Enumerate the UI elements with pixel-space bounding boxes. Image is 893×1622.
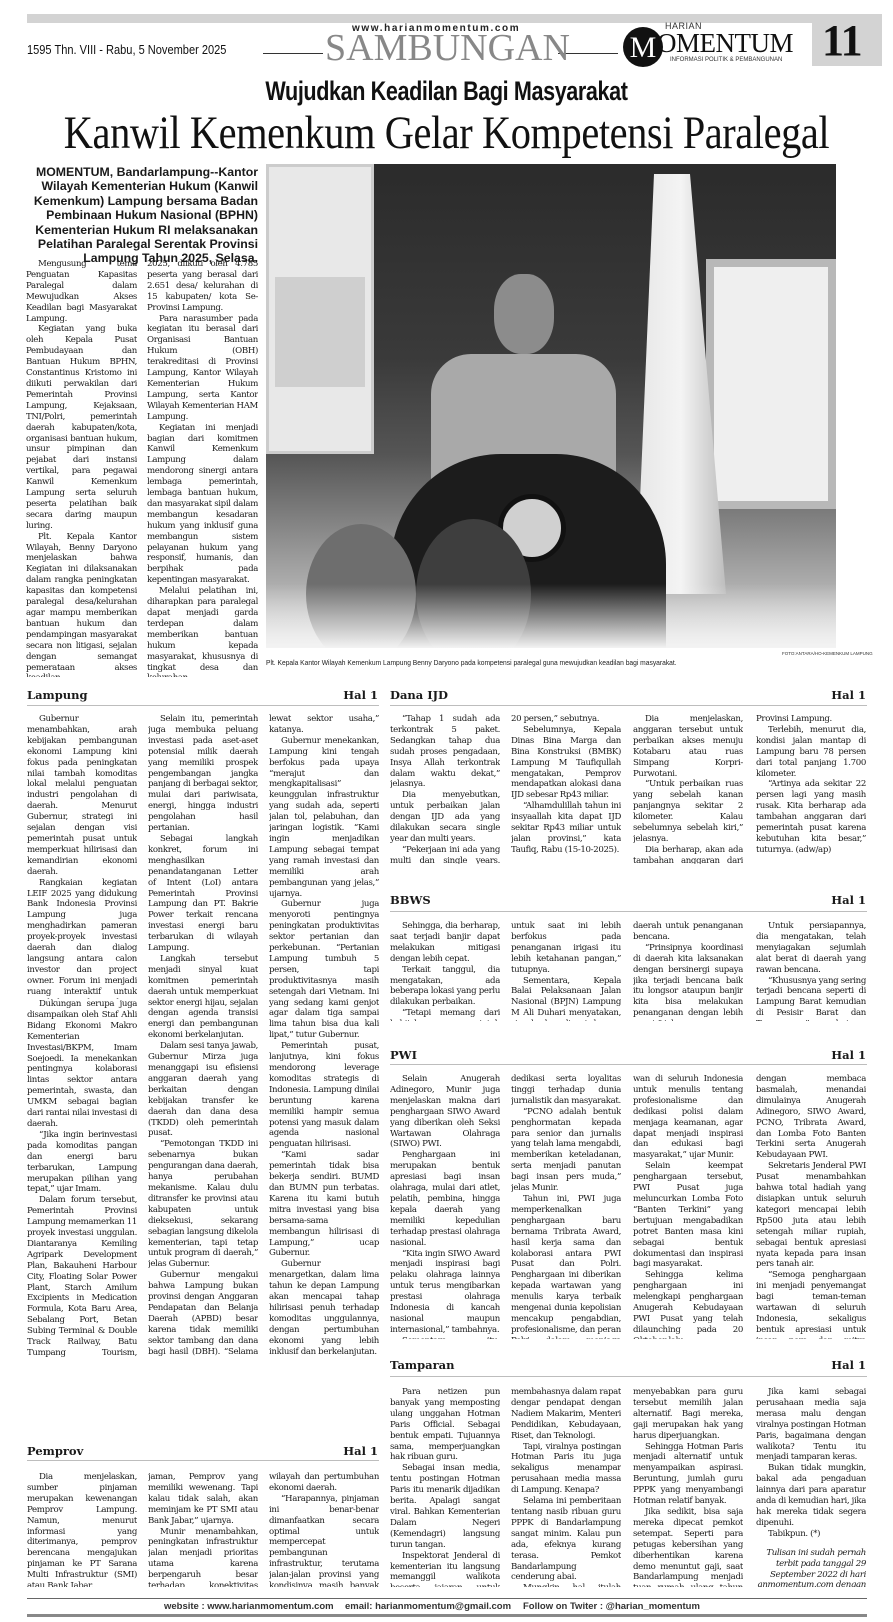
tamparan-column-4: Jika kami sebagai perusahaan media saja … <box>756 1387 866 1587</box>
page-ref: Hal 1 <box>320 1444 378 1458</box>
portrait-frame <box>706 259 836 509</box>
dana-ijd-column-1: “Tahap 1 sudah ada terkontrak 5 paket. S… <box>390 714 500 864</box>
bbws-column-1: Sehingga, dia berharap, saat terjadi ban… <box>390 921 500 1021</box>
pemprov-column-1: Dia menjelaskan, sumber pinjaman merupak… <box>27 1472 137 1587</box>
footer-rule <box>27 1614 867 1617</box>
lampung-column-3: lewat sektor usaha,” katanya. Gubernur m… <box>269 714 379 1357</box>
section-heading-tamparan: Tamparan <box>390 1358 454 1372</box>
section-heading-pemprov: Pemprov <box>27 1444 83 1458</box>
lampung-column-1b: Dukungan serupa juga disampaikan oleh St… <box>27 999 137 1357</box>
projection-screen <box>266 164 374 454</box>
article-kicker: Wujudkan Keadilan Bagi Masyarakat <box>89 76 803 107</box>
dana-ijd-column-2: 20 persen,” sebutnya. Sebelumnya, Kepala… <box>511 714 621 864</box>
page-ref: Hal 1 <box>808 1048 866 1062</box>
article-column-2: 2025, diikuti oleh 4.785 peserta yang be… <box>147 259 258 677</box>
tamparan-column-2: membahasnya dalam rapat dengar pendapat … <box>511 1387 621 1587</box>
bbws-column-3: daerah untuk penanganan bencana. “Prinsi… <box>633 921 743 1021</box>
pwi-column-1: Selain Anugerah Adinegoro, Munir juga me… <box>390 1074 500 1339</box>
page-ref: Hal 1 <box>320 688 378 702</box>
tamparan-column-3: menyebabkan para guru tersebut memilih j… <box>633 1387 743 1587</box>
pwi-column-2: dedikasi serta loyalitas tinggi terhadap… <box>511 1074 621 1339</box>
section-title: SAMBUNGAN <box>325 26 570 70</box>
tamparan-column-1: Para netizen pun banyak yang memposting … <box>390 1387 500 1587</box>
divider <box>263 53 323 54</box>
footer-email[interactable]: email: harianmomentum@gmail.com <box>345 1601 511 1612</box>
logo-tagline: INFORMASI POLITIK & PEMBANGUNAN <box>670 57 782 63</box>
section-heading-lampung: Lampung <box>27 688 88 702</box>
issue-date: 1595 Thn. VIII - Rabu, 5 November 2025 <box>27 42 226 57</box>
article-photo <box>266 164 836 648</box>
article-headline: Kanwil Kemenkum Gelar Kompetensi Paraleg… <box>63 106 831 160</box>
article-lead: MOMENTUM, Bandarlampung--Kantor Wilayah … <box>26 165 258 266</box>
section-heading-dana-ijd: Dana IJD <box>390 688 448 702</box>
page-ref: Hal 1 <box>808 893 866 907</box>
masthead-bar <box>27 14 840 23</box>
photo-caption: Plt. Kepala Kantor Wilayah Kemenkum Lamp… <box>266 658 677 667</box>
pwi-column-3: wan di seluruh Indonesia untuk menulis t… <box>633 1074 743 1339</box>
section-heading-bbws: BBWS <box>390 893 431 907</box>
pemprov-column-2: jaman, Pemprov yang memiliki wewenang. T… <box>148 1472 258 1587</box>
bbws-column-4: Untuk persiapannya, dia mengatakan, tela… <box>756 921 866 1021</box>
lampung-column-2: Selain itu, pemerintah juga membuka pelu… <box>148 714 258 1357</box>
dana-ijd-column-3: Dia menjelaskan, anggaran tersebut untuk… <box>633 714 743 864</box>
footer-twitter[interactable]: Follow on Twiter : @harian_momentum <box>523 1601 700 1612</box>
lampung-column-1: Gubernur menambahkan, arah kebijakan pem… <box>27 714 137 999</box>
page-ref: Hal 1 <box>808 1358 866 1372</box>
article-column-1: Mengusung tema Penguatan Kapasitas Paral… <box>26 259 137 677</box>
speaker-head <box>494 274 554 354</box>
footer-rule <box>27 1598 867 1599</box>
section-heading-pwi: PWI <box>390 1048 417 1062</box>
pemprov-column-3: wilayah dan pertumbuhan ekonomi daerah. … <box>269 1472 379 1587</box>
page-ref: Hal 1 <box>808 688 866 702</box>
page-number: 11 <box>822 16 862 66</box>
logo-wordmark: OMENTUM <box>657 28 793 59</box>
photo-credit: FOTO:ANTARA/HO-KEMENKUM LAMPUNG <box>782 651 873 656</box>
dana-ijd-column-4: Provinsi Lampung. Terlebih, menurut dia,… <box>756 714 866 864</box>
bbws-column-2: untuk saat ini lebih berfokus pada penan… <box>511 921 621 1021</box>
pwi-column-4: dengan membaca basmalah, menandai dimula… <box>756 1074 866 1339</box>
footer-website[interactable]: website : www.harianmomentum.com <box>164 1601 334 1612</box>
republish-note: Tulisan ini sudah pernah terbit pada tan… <box>756 1548 866 1587</box>
